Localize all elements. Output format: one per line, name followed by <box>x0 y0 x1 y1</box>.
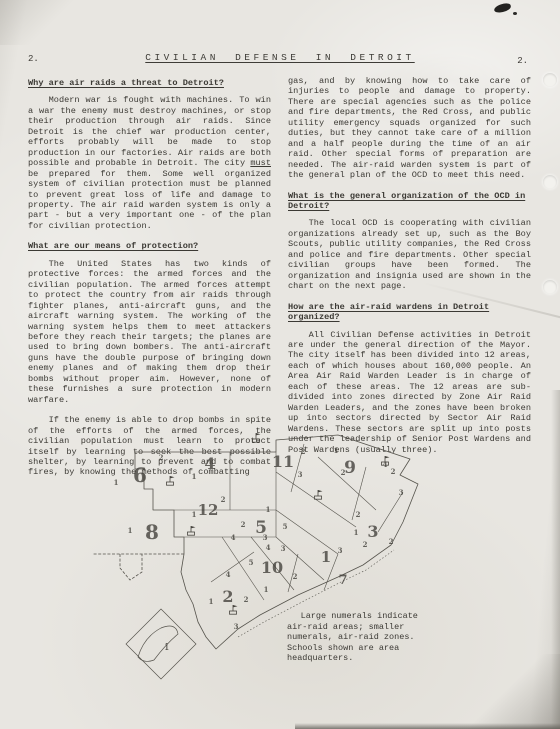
page-edge-shadow <box>0 0 80 45</box>
map-zone-numeral: 2 <box>159 453 164 462</box>
paragraph-gas-continuation: gas, and by knowing how to take care of … <box>288 76 531 181</box>
page-edge-shadow <box>551 390 560 729</box>
paragraph-local-ocd: The local OCD is cooperating with civili… <box>288 218 531 291</box>
map-zone-numeral: 1 <box>128 526 133 535</box>
paragraph-modern-war: Modern war is fought with machines. To w… <box>28 95 271 231</box>
ink-mark <box>513 12 517 15</box>
school-icon <box>315 490 323 499</box>
map-zone-numeral: 2 <box>389 537 394 546</box>
map-zone-numeral: 1 <box>266 505 271 514</box>
map-area-numeral: 8 <box>145 520 159 544</box>
map-zone-numeral: 2 <box>301 447 306 456</box>
school-icon <box>253 433 261 442</box>
map-zone-numeral: 1 <box>334 446 339 455</box>
map-zone-numeral: 2 <box>241 520 246 529</box>
page-header: 2. CIVILIAN DEFENSE IN DETROIT 2. <box>0 52 560 70</box>
map-area-numeral: 9 <box>344 458 356 478</box>
map-zone-numeral: 1 <box>209 597 214 606</box>
map-zone-numeral: 4 <box>231 533 236 542</box>
map-area-numeral: 10 <box>261 558 283 577</box>
map-belle-isle-inset <box>126 609 196 679</box>
right-column: gas, and by knowing how to take care of … <box>288 76 531 465</box>
map-area-numeral: 2 <box>222 587 233 606</box>
map-zone-numeral: 2 <box>363 540 368 549</box>
map-zone-numeral: 5 <box>249 558 254 567</box>
section-heading-air-raids-threat: Why are air raids a threat to Detroit? <box>28 78 271 88</box>
map-zone-numeral: 2 <box>391 467 396 476</box>
paragraph-text: Modern war is fought with machines. To w… <box>28 95 271 168</box>
map-zone-numeral: 4 <box>226 570 231 579</box>
map-area-numeral: 1 <box>321 548 331 566</box>
map-zone-numeral: 1 <box>192 510 197 519</box>
map-zone-numeral: 1 <box>354 528 359 537</box>
school-icon <box>167 476 175 485</box>
map-area-numeral: 7 <box>338 573 347 588</box>
detroit-air-raid-map: 1 641191258131027 1212312342211235414352… <box>26 432 440 712</box>
map-zone-numeral: 5 <box>283 522 288 531</box>
map-zone-numeral: 2 <box>293 572 298 581</box>
map-zone-numeral: 2 <box>221 495 226 504</box>
map-area-numeral: 6 <box>133 463 147 487</box>
map-zone-numeral: 3 <box>298 470 303 479</box>
section-heading-wardens-organized: How are the air-raid wardens in Detroit … <box>288 302 531 323</box>
punch-hole <box>543 73 557 87</box>
paragraph-text: be prepared for them. Some well organize… <box>28 169 271 231</box>
map-zone-numeral: 3 <box>263 533 268 542</box>
map-area-numeral: 12 <box>198 501 219 519</box>
map-zone-numeral: 1 <box>114 478 119 487</box>
school-icon <box>230 605 238 614</box>
map-zone-numeral: 4 <box>266 543 271 552</box>
left-column: Why are air raids a threat to Detroit? M… <box>28 76 271 488</box>
map-area-numeral: 4 <box>204 454 215 473</box>
map-zone-numeral: 1 <box>192 472 197 481</box>
map-zone-numeral: 2 <box>341 468 346 477</box>
underlined-word: must <box>250 158 271 168</box>
map-area-numeral: 11 <box>272 452 294 471</box>
map-zone-numeral: 3 <box>234 622 239 631</box>
map-inset-numeral: 1 <box>164 643 170 653</box>
scanned-document-page: { "page": { "page_number_left": "2.", "p… <box>0 0 560 729</box>
map-zone-numeral: 2 <box>244 595 249 604</box>
map-zone-numeral: 2 <box>356 510 361 519</box>
punch-hole <box>543 280 557 294</box>
punch-hole <box>543 175 557 189</box>
map-area-numeral: 3 <box>367 522 378 541</box>
page-number-left: 2. <box>28 54 39 64</box>
paragraph-protective-forces: The United States has two kinds of prote… <box>28 259 271 405</box>
page-number-right: 2. <box>517 56 528 66</box>
section-heading-ocd-organization: What is the general organization of the … <box>288 191 531 212</box>
school-icon <box>188 526 196 535</box>
map-zone-numeral: 3 <box>281 544 286 553</box>
map-caption: Large numerals indicate air-raid areas; … <box>287 611 439 664</box>
map-zone-numeral: 3 <box>399 488 404 497</box>
page-edge-shadow <box>465 654 560 729</box>
detroit-air-raid-map-svg: 1 641191258131027 1212312342211235414352… <box>26 432 440 712</box>
ink-mark <box>493 2 511 13</box>
section-heading-means-of-protection: What are our means of protection? <box>28 241 271 251</box>
map-zone-numeral: 1 <box>264 585 269 594</box>
page-title: CIVILIAN DEFENSE IN DETROIT <box>90 52 470 63</box>
map-zone-numeral: 3 <box>338 546 343 555</box>
